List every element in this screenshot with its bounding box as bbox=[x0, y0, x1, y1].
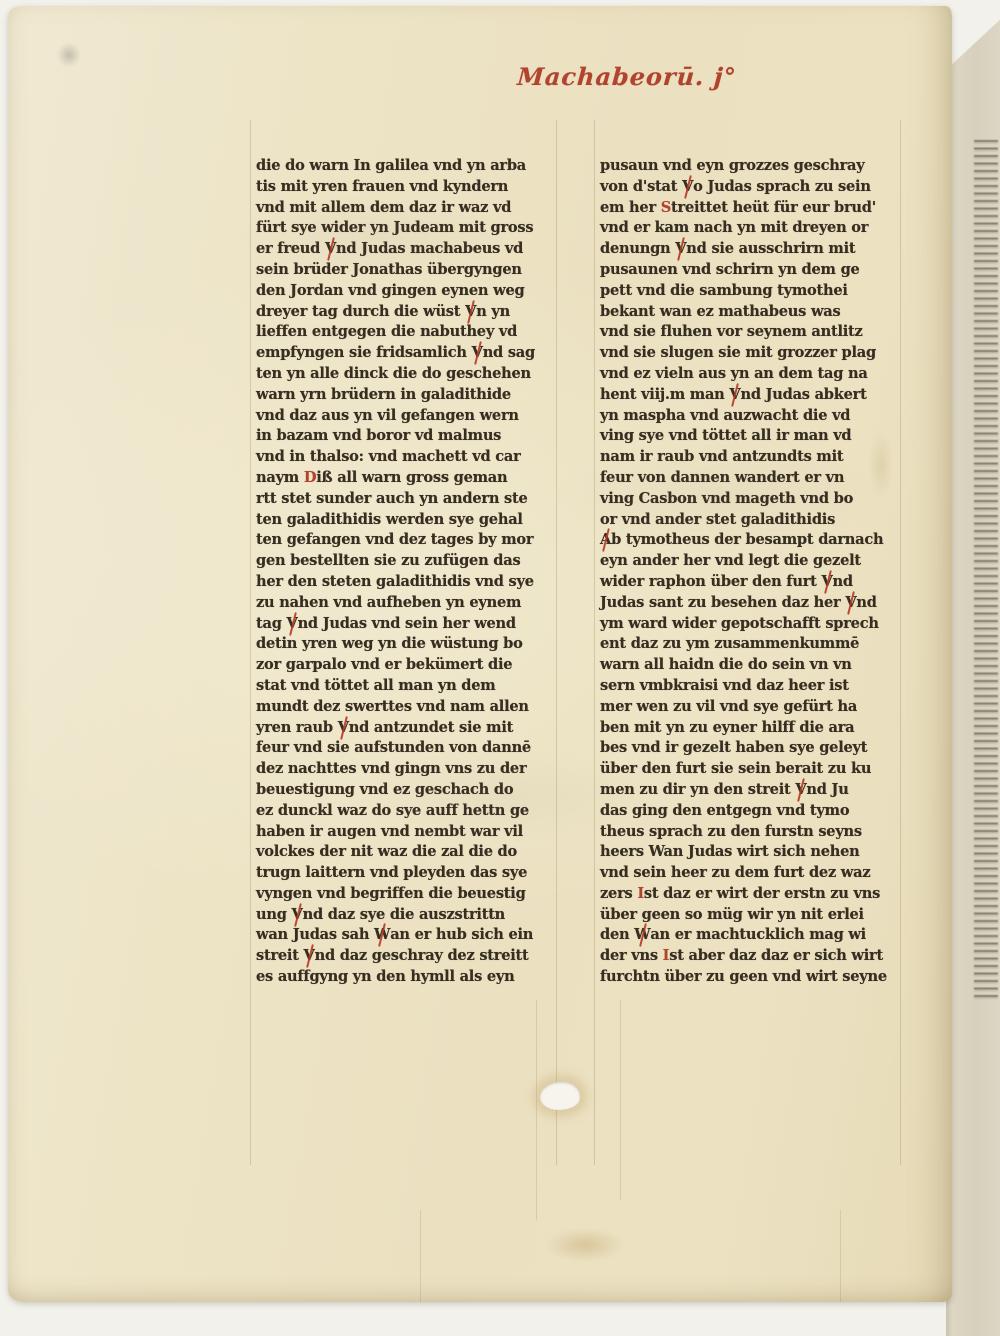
next-page-showthrough-text bbox=[974, 140, 998, 1000]
manuscript-line: nam ir raub vnd antzundts mit bbox=[600, 447, 912, 468]
crease-line bbox=[840, 1210, 841, 1302]
ruling-line bbox=[594, 120, 595, 1165]
manuscript-line: vnd sein heer zu dem furt dez waz bbox=[600, 863, 912, 884]
manuscript-line: wider raphon über den furt Vnd bbox=[600, 572, 912, 593]
manuscript-line: vnd mit allem dem daz ir waz vd bbox=[256, 198, 568, 219]
running-title: Machabeorū. j° bbox=[491, 62, 763, 91]
manuscript-line: ben mit yn zu eyner hilff die ara bbox=[600, 718, 912, 739]
rubricated-initial: V bbox=[821, 572, 832, 593]
manuscript-line: wan Judas sah Wan er hub sich ein bbox=[256, 925, 568, 946]
manuscript-line: fürt sye wider yn Judeam mit gross bbox=[256, 218, 568, 239]
manuscript-line: ym ward wider gepotschafft sprech bbox=[600, 614, 912, 635]
manuscript-line: detin yren weg yn die wüstung bo bbox=[256, 634, 568, 655]
manuscript-line: furchtn über zu geen vnd wirt seyne bbox=[600, 967, 912, 988]
rubricated-initial: V bbox=[292, 905, 303, 926]
rubricated-initial: V bbox=[472, 343, 483, 364]
text-column-left: die do warn In galilea vnd yn arbatis mi… bbox=[256, 156, 568, 988]
crease-line bbox=[536, 1000, 537, 1220]
manuscript-line: stat vnd töttet all man yn dem bbox=[256, 676, 568, 697]
manuscript-line: or vnd ander stet galadithidis bbox=[600, 510, 912, 531]
manuscript-line: ent daz zu ym zusammenkummē bbox=[600, 634, 912, 655]
rubricated-initial: V bbox=[729, 385, 740, 406]
manuscript-line: sern vmbkraisi vnd daz heer ist bbox=[600, 676, 912, 697]
manuscript-line: dez nachttes vnd gingn vns zu der bbox=[256, 759, 568, 780]
manuscript-line: vnd sie slugen sie mit grozzer plag bbox=[600, 343, 912, 364]
manuscript-line: bekant wan ez mathabeus was bbox=[600, 302, 912, 323]
manuscript-line: ving sye vnd töttet all ir man vd bbox=[600, 426, 912, 447]
manuscript-line: ten galadithidis werden sye gehal bbox=[256, 510, 568, 531]
manuscript-line: ten gefangen vnd dez tages by mor bbox=[256, 530, 568, 551]
rubricated-initial: V bbox=[325, 239, 336, 260]
manuscript-line: das ging den entgegn vnd tymo bbox=[600, 801, 912, 822]
manuscript-line: den Jordan vnd gingen eynen weg bbox=[256, 281, 568, 302]
manuscript-line: er freud Vnd Judas machabeus vd bbox=[256, 239, 568, 260]
ruling-line bbox=[250, 120, 251, 1165]
manuscript-photo: Machabeorū. j° die do warn In galilea vn… bbox=[0, 0, 1000, 1336]
manuscript-line: theus sprach zu den furstn seyns bbox=[600, 822, 912, 843]
crease-line bbox=[420, 1210, 421, 1302]
rubricated-initial: V bbox=[675, 239, 686, 260]
manuscript-line: hent viij.m man Vnd Judas abkert bbox=[600, 385, 912, 406]
manuscript-line: denungn Vnd sie ausschrirn mit bbox=[600, 239, 912, 260]
manuscript-line: warn all haidn die do sein vn vn bbox=[600, 655, 912, 676]
manuscript-line: tis mit yren frauen vnd kyndern bbox=[256, 177, 568, 198]
manuscript-line: warn yrn brüdern in galadithide bbox=[256, 385, 568, 406]
rubricated-initial: D bbox=[304, 469, 316, 486]
manuscript-line: yn maspha vnd auzwacht die vd bbox=[600, 406, 912, 427]
manuscript-line: dreyer tag durch die wüst Vn yn bbox=[256, 302, 568, 323]
manuscript-line: pusaunen vnd schrirn yn dem ge bbox=[600, 260, 912, 281]
text-column-right: pusaun vnd eyn grozzes geschrayvon d'sta… bbox=[600, 156, 912, 988]
manuscript-line: empfyngen sie fridsamlich Vnd sag bbox=[256, 343, 568, 364]
rubricated-initial: V bbox=[286, 614, 297, 635]
manuscript-line: eyn ander her vnd legt die gezelt bbox=[600, 551, 912, 572]
manuscript-line: der vns Ist aber daz daz er sich wirt bbox=[600, 946, 912, 967]
rubricated-initial: W bbox=[374, 925, 390, 946]
manuscript-line: vnd sie fluhen vor seynem antlitz bbox=[600, 322, 912, 343]
manuscript-line: trugn laittern vnd pleyden das sye bbox=[256, 863, 568, 884]
rubricated-initial: V bbox=[465, 302, 476, 323]
manuscript-line: den Wan er machtucklich mag wi bbox=[600, 925, 912, 946]
rubricated-initial: S bbox=[661, 199, 671, 216]
manuscript-line: vnd in thalso: vnd machett vd car bbox=[256, 447, 568, 468]
manuscript-line: vnd ez vieln aus yn an dem tag na bbox=[600, 364, 912, 385]
manuscript-line: volckes der nit waz die zal die do bbox=[256, 842, 568, 863]
manuscript-line: in bazam vnd boror vd malmus bbox=[256, 426, 568, 447]
rubricated-initial: I bbox=[637, 885, 644, 902]
manuscript-line: pett vnd die sambung tymothei bbox=[600, 281, 912, 302]
manuscript-line: Ab tymotheus der besampt darnach bbox=[600, 530, 912, 551]
manuscript-line: ez dunckl waz do sye auff hettn ge bbox=[256, 801, 568, 822]
manuscript-line: gen bestellten sie zu zufügen das bbox=[256, 551, 568, 572]
manuscript-line: es auffgyng yn den hymll als eyn bbox=[256, 967, 568, 988]
manuscript-line: yren raub Vnd antzundet sie mit bbox=[256, 718, 568, 739]
manuscript-line: mundt dez swerttes vnd nam allen bbox=[256, 697, 568, 718]
manuscript-line: die do warn In galilea vnd yn arba bbox=[256, 156, 568, 177]
rubricated-initial: A bbox=[600, 530, 611, 551]
manuscript-line: ung Vnd daz sye die auszstrittn bbox=[256, 905, 568, 926]
manuscript-line: von d'stat Vo Judas sprach zu sein bbox=[600, 177, 912, 198]
manuscript-line: her den steten galadithidis vnd sye bbox=[256, 572, 568, 593]
manuscript-line: pusaun vnd eyn grozzes geschray bbox=[600, 156, 912, 177]
stain bbox=[868, 430, 894, 500]
manuscript-line: naym Diß all warn gross geman bbox=[256, 468, 568, 489]
manuscript-line: Judas sant zu besehen daz her Vnd bbox=[600, 593, 912, 614]
manuscript-line: sein brüder Jonathas übergyngen bbox=[256, 260, 568, 281]
parchment-repair-patch bbox=[540, 1082, 580, 1110]
rubricated-initial: V bbox=[682, 177, 693, 198]
rubricated-initial: V bbox=[795, 780, 806, 801]
manuscript-line: bes vnd ir gezelt haben sye geleyt bbox=[600, 738, 912, 759]
manuscript-line: ving Casbon vnd mageth vnd bo bbox=[600, 489, 912, 510]
manuscript-line: über geen so müg wir yn nit erlei bbox=[600, 905, 912, 926]
manuscript-line: lieffen entgegen die nabuthey vd bbox=[256, 322, 568, 343]
manuscript-line: zers Ist daz er wirt der erstn zu vns bbox=[600, 884, 912, 905]
pencil-mark bbox=[56, 42, 82, 68]
manuscript-line: streit Vnd daz geschray dez streitt bbox=[256, 946, 568, 967]
manuscript-line: vnd daz aus yn vil gefangen wern bbox=[256, 406, 568, 427]
manuscript-line: men zu dir yn den streit Vnd Ju bbox=[600, 780, 912, 801]
manuscript-line: über den furt sie sein berait zu ku bbox=[600, 759, 912, 780]
manuscript-line: feur vnd sie aufstunden von dannē bbox=[256, 738, 568, 759]
manuscript-line: vyngen vnd begriffen die beuestig bbox=[256, 884, 568, 905]
manuscript-line: ten yn alle dinck die do geschehen bbox=[256, 364, 568, 385]
manuscript-line: zu nahen vnd aufheben yn eynem bbox=[256, 593, 568, 614]
crease-line bbox=[620, 1000, 621, 1200]
manuscript-line: heers Wan Judas wirt sich nehen bbox=[600, 842, 912, 863]
manuscript-line: tag Vnd Judas vnd sein her wend bbox=[256, 614, 568, 635]
manuscript-line: beuestigung vnd ez geschach do bbox=[256, 780, 568, 801]
rubricated-initial: V bbox=[304, 946, 315, 967]
rubricated-initial: V bbox=[845, 593, 856, 614]
manuscript-line: mer wen zu vil vnd sye gefürt ha bbox=[600, 697, 912, 718]
rubricated-initial: V bbox=[338, 718, 349, 739]
stain bbox=[545, 1228, 625, 1262]
rubricated-initial: W bbox=[634, 925, 650, 946]
manuscript-line: vnd er kam nach yn mit dreyen or bbox=[600, 218, 912, 239]
manuscript-line: zor garpalo vnd er bekümert die bbox=[256, 655, 568, 676]
manuscript-line: rtt stet sunder auch yn andern ste bbox=[256, 489, 568, 510]
manuscript-line: feur von dannen wandert er vn bbox=[600, 468, 912, 489]
manuscript-line: haben ir augen vnd nembt war vil bbox=[256, 822, 568, 843]
manuscript-line: em her Streittet heüt für eur brud' bbox=[600, 198, 912, 219]
